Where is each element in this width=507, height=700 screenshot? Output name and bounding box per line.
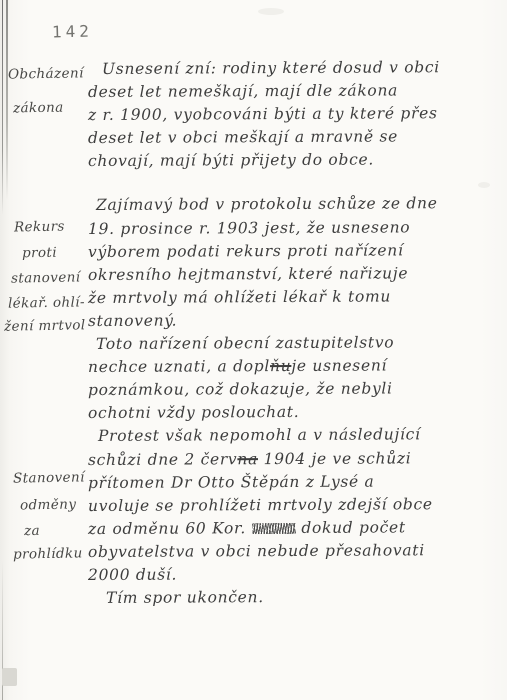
- manuscript-line: poznámkou, což dokazuje, že nebyli: [88, 377, 480, 402]
- page-number-stamp: 142: [52, 21, 93, 41]
- scan-edge-line: [2, 0, 3, 215]
- obliterated-word: [252, 523, 296, 534]
- margin-note-rekurs-line: stanovení: [11, 269, 81, 286]
- margin-note-stanoveni-odmeny-line: Stanovení: [13, 469, 85, 486]
- margin-note-obchazeni-zakona-line: zákona: [13, 100, 64, 117]
- manuscript-body: Usnesení zní: rodiny které dosud v obci …: [88, 57, 480, 609]
- manuscript-line: za odměnu 60 Kor. dokud počet: [88, 516, 480, 541]
- scan-edge-line: [6, 0, 8, 200]
- manuscript-line: chovají, mají býti přijety do obce.: [88, 148, 480, 173]
- line-text: nechce uznati, a dopl: [88, 357, 270, 376]
- margin-note-obchazeni-zakona-line: Obcházení: [8, 65, 84, 82]
- margin-note-rekurs-line: proti: [22, 245, 57, 262]
- paragraph-protest: Protest však nepomohl a v následující sc…: [88, 424, 480, 609]
- manuscript-line: okresního hejtmanství, které nařizuje: [88, 262, 480, 287]
- manuscript-line: Toto nařízení obecní zastupitelstvo: [88, 331, 480, 356]
- struck-text: na: [237, 450, 258, 468]
- paragraph-usneseni: Usnesení zní: rodiny které dosud v obci …: [88, 57, 480, 172]
- scan-smudge: [2, 668, 17, 686]
- manuscript-line: deset let nemeškají, mají dle zákona: [88, 79, 480, 104]
- margin-note-stanoveni-odmeny-line: prohlídku: [13, 545, 83, 562]
- manuscript-line: Protest však nepomohl a v následující: [88, 423, 480, 448]
- manuscript-line: stanovený.: [88, 308, 480, 333]
- line-text: 1904 je ve schůzi: [258, 449, 411, 468]
- manuscript-line: Usnesení zní: rodiny které dosud v obci: [88, 56, 480, 81]
- scan-smudge: [258, 8, 284, 15]
- margin-note-rekurs-line: žení mrtvol: [4, 317, 86, 334]
- manuscript-line: ochotni vždy poslouchat.: [88, 400, 480, 425]
- manuscript-line: že mrtvoly má ohlížeti lékař k tomu: [88, 285, 480, 310]
- margin-note-stanoveni-odmeny-line: za: [24, 523, 40, 539]
- manuscript-line: deset let v obci meškají a mravně se: [88, 125, 480, 150]
- line-text: za odměnu 60 Kor.: [88, 519, 252, 538]
- manuscript-line: nechce uznati, a doplňuje usnesení: [88, 354, 480, 379]
- manuscript-line: schůzi dne 2 června 1904 je ve schůzi: [88, 446, 480, 471]
- paragraph-rekurs: Zajímavý bod v protokolu schůze ze dne 1…: [88, 193, 480, 332]
- manuscript-line: obyvatelstva v obci nebude přesahovati: [88, 539, 480, 564]
- margin-note-rekurs-line: Rekurs: [14, 219, 65, 236]
- manuscript-line: Tím spor ukončen.: [88, 585, 480, 610]
- margin-note-stanoveni-odmeny-line: odměny: [20, 497, 77, 514]
- manuscript-line: 19. prosince r. 1903 jest, že usneseno: [88, 216, 480, 241]
- manuscript-line: 2000 duší.: [88, 562, 480, 587]
- line-text: schůzi dne 2 červ: [88, 450, 237, 469]
- paragraph-toto-narizeni: Toto nařízení obecní zastupitelstvo nech…: [88, 332, 480, 424]
- struck-text: ňu: [270, 357, 291, 375]
- manuscript-line: z r. 1900, vyobcováni býti a ty které př…: [88, 102, 480, 127]
- manuscript-line: výborem podati rekurs proti nařízení: [88, 239, 480, 264]
- manuscript-line: Zajímavý bod v protokolu schůze ze dne: [88, 192, 480, 217]
- manuscript-line: uvoluje se prohlížeti mrtvoly zdejší obc…: [88, 493, 480, 518]
- margin-note-rekurs-line: lékař. ohlí-: [8, 294, 85, 311]
- line-text: dokud počet: [296, 518, 406, 537]
- line-text: je usnesení: [291, 357, 387, 376]
- manuscript-line: přítomen Dr Otto Štěpán z Lysé a: [88, 470, 480, 495]
